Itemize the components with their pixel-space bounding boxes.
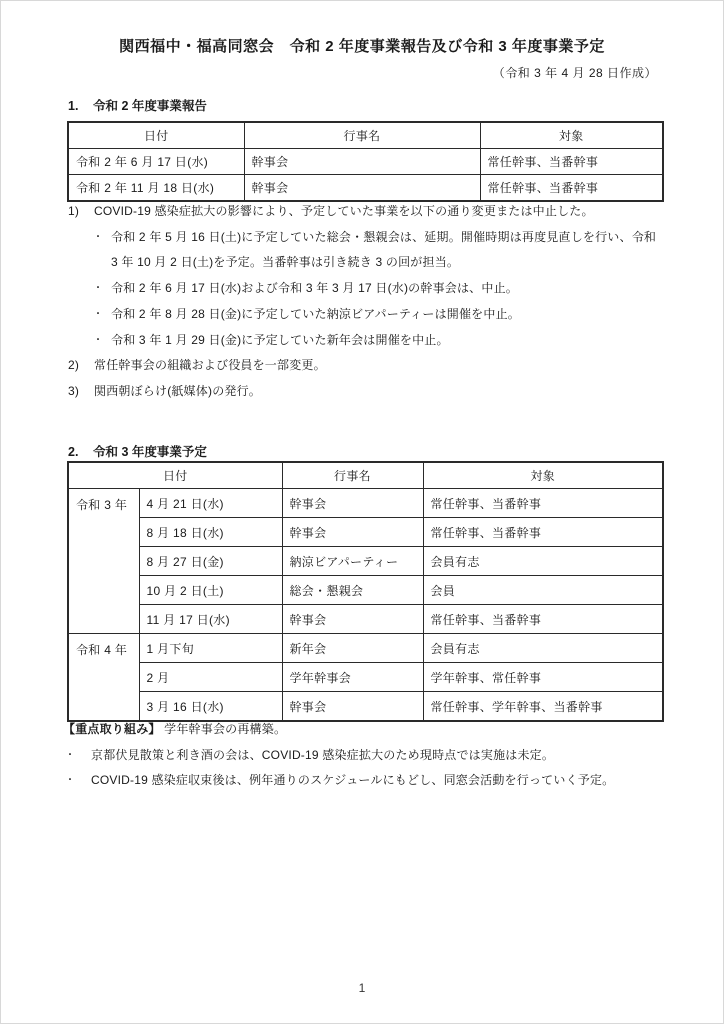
list-item: ・ 京都伏見散策と利き酒の会は、COVID-19 感染症拡大のため現時点では実施…: [63, 743, 663, 769]
table-row: 2 月 学年幹事会 学年幹事、常任幹事: [68, 663, 663, 692]
cell-year: 令和 4 年: [68, 634, 139, 722]
section-1-heading: 1. 令和 2 年度事業報告: [68, 98, 207, 114]
col-header-target: 対象: [423, 462, 663, 489]
cell-date: 令和 2 年 6 月 17 日(水): [68, 149, 244, 175]
page-title: 関西福中・福高同窓会 令和 2 年度事業報告及び令和 3 年度事業予定: [1, 37, 723, 57]
item-number: 2): [68, 353, 94, 379]
cell-target: 常任幹事、当番幹事: [480, 149, 663, 175]
item-number: 3): [68, 379, 94, 405]
list-item: ・ 令和 2 年 8 月 28 日(金)に予定していた納涼ビアパーティーは開催を…: [93, 302, 660, 328]
item-text: 令和 2 年 8 月 28 日(金)に予定していた納涼ビアパーティーは開催を中止…: [111, 302, 660, 328]
cell-event: 幹事会: [282, 489, 423, 518]
bullet-icon: ・: [93, 225, 111, 276]
priority-label: 【重点取り組み】: [63, 722, 161, 736]
item-text: 令和 3 年 1 月 29 日(金)に予定していた新年会は開催を中止。: [111, 328, 660, 354]
cell-target: 会員有志: [423, 547, 663, 576]
priority-text: 学年幹事会の再構築。: [161, 722, 287, 736]
table-row: 令和 3 年 4 月 21 日(水) 幹事会 常任幹事、当番幹事: [68, 489, 663, 518]
cell-target: 常任幹事、当番幹事: [423, 518, 663, 547]
list-item: 2) 常任幹事会の組織および役員を一部変更。: [68, 353, 660, 379]
table-row: 令和 4 年 1 月下旬 新年会 会員有志: [68, 634, 663, 663]
col-header-date: 日付: [68, 462, 282, 489]
cell-year: 令和 3 年: [68, 489, 139, 634]
col-header-target: 対象: [480, 122, 663, 149]
table-row: 令和 2 年 6 月 17 日(水) 幹事会 常任幹事、当番幹事: [68, 149, 663, 175]
cell-event: 納涼ビアパーティー: [282, 547, 423, 576]
report-table: 日付 行事名 対象 令和 2 年 6 月 17 日(水) 幹事会 常任幹事、当番…: [67, 121, 664, 202]
col-header-event: 行事名: [282, 462, 423, 489]
section-2-number: 2.: [68, 444, 93, 460]
table-row: 11 月 17 日(水) 幹事会 常任幹事、当番幹事: [68, 605, 663, 634]
page-number: 1: [1, 981, 723, 995]
table-row: 8 月 18 日(水) 幹事会 常任幹事、当番幹事: [68, 518, 663, 547]
cell-date: 8 月 27 日(金): [139, 547, 282, 576]
cell-target: 学年幹事、常任幹事: [423, 663, 663, 692]
section-1-number: 1.: [68, 98, 93, 114]
list-item: ・ 令和 2 年 5 月 16 日(土)に予定していた総会・懇親会は、延期。開催…: [93, 225, 660, 276]
cell-date: 令和 2 年 11 月 18 日(水): [68, 175, 244, 202]
bullet-icon: ・: [93, 276, 111, 302]
section-1-title: 令和 2 年度事業報告: [93, 98, 207, 114]
report-notes-list: 1) COVID-19 感染症拡大の影響により、予定していた事業を以下の通り変更…: [68, 199, 660, 405]
table-header-row: 日付 行事名 対象: [68, 462, 663, 489]
plan-table: 日付 行事名 対象 令和 3 年 4 月 21 日(水) 幹事会 常任幹事、当番…: [67, 461, 664, 722]
cell-date: 8 月 18 日(水): [139, 518, 282, 547]
cell-date: 11 月 17 日(水): [139, 605, 282, 634]
list-item: ・ 令和 3 年 1 月 29 日(金)に予定していた新年会は開催を中止。: [93, 328, 660, 354]
list-item: 3) 関西朝ぼらけ(紙媒体)の発行。: [68, 379, 660, 405]
cell-target: 会員有志: [423, 634, 663, 663]
item-text: 令和 2 年 6 月 17 日(水)および令和 3 年 3 月 17 日(水)の…: [111, 276, 660, 302]
created-date: （令和 3 年 4 月 28 日作成）: [493, 64, 657, 81]
bullet-icon: ・: [93, 302, 111, 328]
cell-date: 1 月下旬: [139, 634, 282, 663]
col-header-event: 行事名: [244, 122, 480, 149]
item-number: 1): [68, 199, 94, 225]
cell-event: 学年幹事会: [282, 663, 423, 692]
cell-event: 総会・懇親会: [282, 576, 423, 605]
cell-date: 10 月 2 日(土): [139, 576, 282, 605]
item-text: 常任幹事会の組織および役員を一部変更。: [94, 353, 660, 379]
cell-date: 2 月: [139, 663, 282, 692]
cell-target: 常任幹事、当番幹事: [423, 489, 663, 518]
item-text: COVID-19 感染症拡大の影響により、予定していた事業を以下の通り変更または…: [94, 199, 660, 225]
item-text: 京都伏見散策と利き酒の会は、COVID-19 感染症拡大のため現時点では実施は未…: [91, 743, 663, 769]
bullet-icon: ・: [63, 743, 91, 769]
cell-target: 会員: [423, 576, 663, 605]
cell-event: 幹事会: [244, 175, 480, 202]
plan-footer-notes: 【重点取り組み】 学年幹事会の再構築。 ・ 京都伏見散策と利き酒の会は、COVI…: [63, 717, 663, 794]
table-row: 10 月 2 日(土) 総会・懇親会 会員: [68, 576, 663, 605]
cell-target: 常任幹事、当番幹事: [423, 605, 663, 634]
cell-target: 常任幹事、当番幹事: [480, 175, 663, 202]
table-header-row: 日付 行事名 対象: [68, 122, 663, 149]
item-text: 関西朝ぼらけ(紙媒体)の発行。: [94, 379, 660, 405]
bullet-icon: ・: [93, 328, 111, 354]
table-row: 令和 2 年 11 月 18 日(水) 幹事会 常任幹事、当番幹事: [68, 175, 663, 202]
item-text: 令和 2 年 5 月 16 日(土)に予定していた総会・懇親会は、延期。開催時期…: [111, 225, 660, 276]
list-item: 1) COVID-19 感染症拡大の影響により、予定していた事業を以下の通り変更…: [68, 199, 660, 225]
cell-event: 幹事会: [282, 605, 423, 634]
table-row: 8 月 27 日(金) 納涼ビアパーティー 会員有志: [68, 547, 663, 576]
list-item: ・ COVID-19 感染症収束後は、例年通りのスケジュールにもどし、同窓会活動…: [63, 768, 663, 794]
list-item: ・ 令和 2 年 6 月 17 日(水)および令和 3 年 3 月 17 日(水…: [93, 276, 660, 302]
priority-initiative-line: 【重点取り組み】 学年幹事会の再構築。: [63, 717, 663, 743]
cell-event: 幹事会: [282, 518, 423, 547]
col-header-date: 日付: [68, 122, 244, 149]
cell-event: 新年会: [282, 634, 423, 663]
scanned-document-page: 関西福中・福高同窓会 令和 2 年度事業報告及び令和 3 年度事業予定 （令和 …: [0, 0, 724, 1024]
cell-date: 4 月 21 日(水): [139, 489, 282, 518]
item-text: COVID-19 感染症収束後は、例年通りのスケジュールにもどし、同窓会活動を行…: [91, 768, 663, 794]
section-2-title: 令和 3 年度事業予定: [93, 444, 207, 460]
cell-event: 幹事会: [244, 149, 480, 175]
bullet-icon: ・: [63, 768, 91, 794]
section-2-heading: 2. 令和 3 年度事業予定: [68, 444, 207, 460]
